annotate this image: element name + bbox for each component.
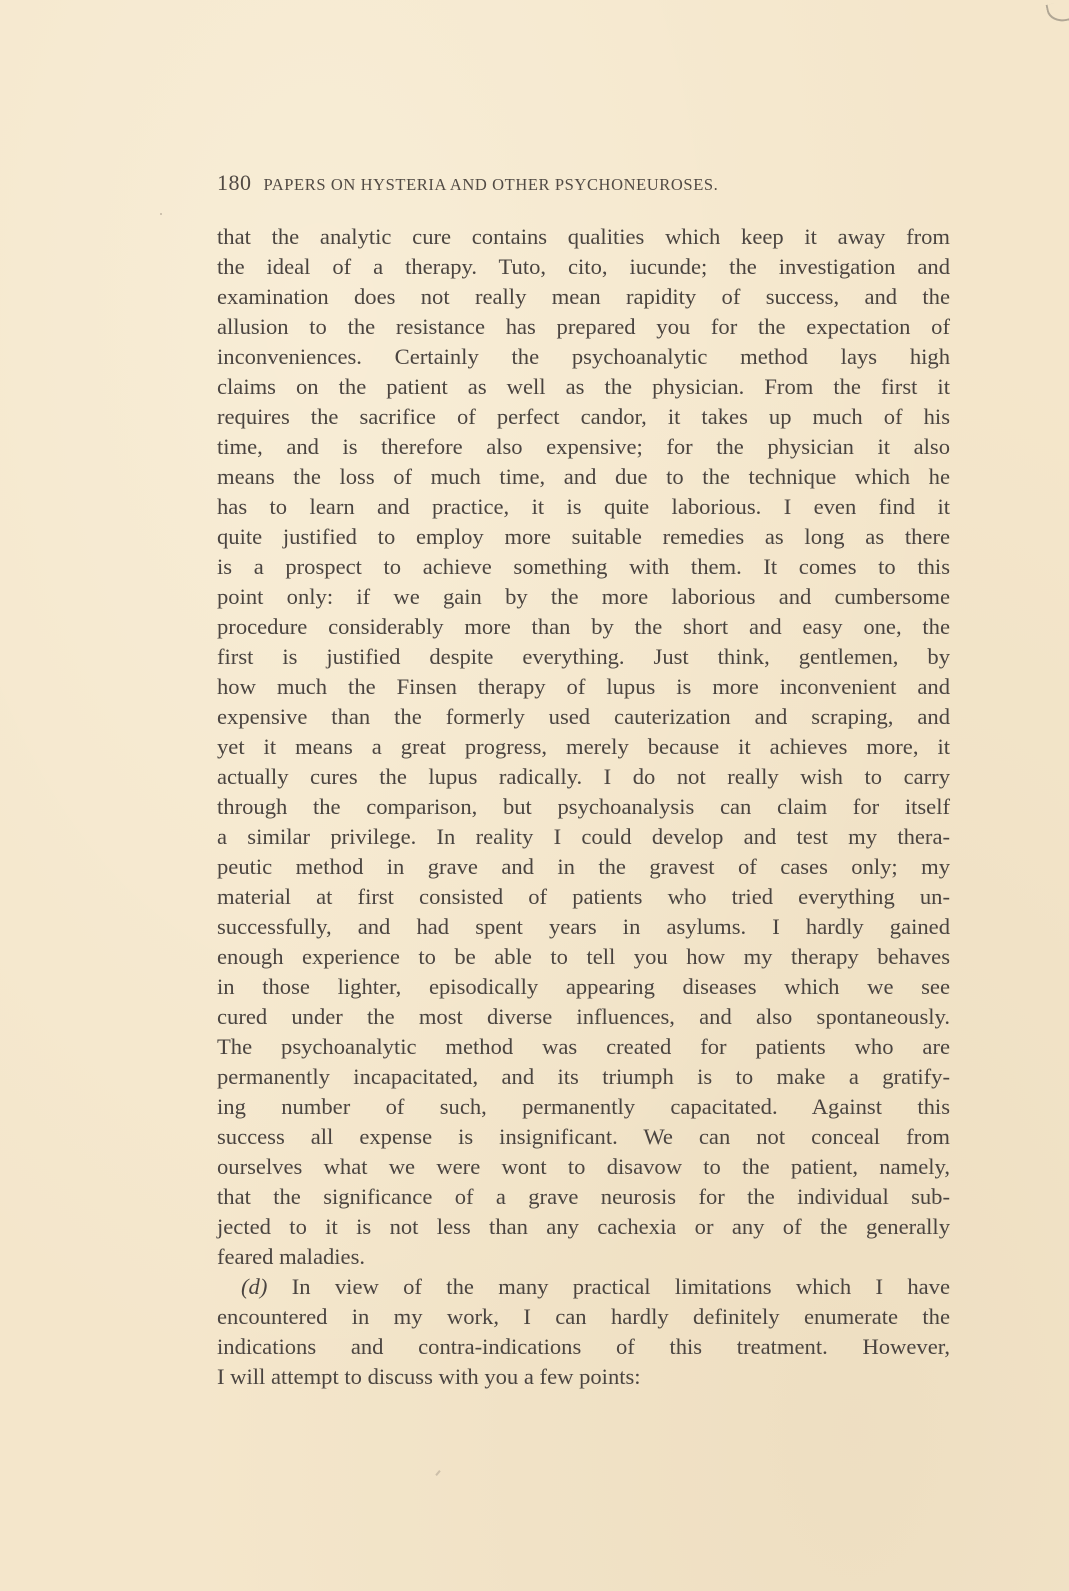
text-line: that the analytic cure contains qualitie… [217, 222, 950, 252]
text-line: claims on the patient as well as the phy… [217, 372, 950, 402]
text-line: material at first consisted of patients … [217, 882, 950, 912]
text-line: a similar privilege. In reality I could … [217, 822, 950, 852]
text-line: ourselves what we were wont to disavow t… [217, 1152, 950, 1182]
text-line: expensive than the formerly used cauteri… [217, 702, 950, 732]
text-line: cured under the most diverse influences,… [217, 1002, 950, 1032]
text-line: jected to it is not less than any cachex… [217, 1212, 950, 1242]
text-line: time, and is therefore also expensive; f… [217, 432, 950, 462]
text-line: I will attempt to discuss with you a few… [217, 1362, 950, 1392]
paper-speck [160, 213, 162, 215]
text-line: quite justified to employ more suitable … [217, 522, 950, 552]
paragraph-1: that the analytic cure contains qualitie… [217, 222, 950, 1272]
text-line: permanently incapacitated, and its trium… [217, 1062, 950, 1092]
text-line: success all expense is insignificant. We… [217, 1122, 950, 1152]
text-line: is a prospect to achieve something with … [217, 552, 950, 582]
book-page: 180 PAPERS ON HYSTERIA AND OTHER PSYCHON… [0, 0, 1069, 1591]
text-line: has to learn and practice, it is quite l… [217, 492, 950, 522]
running-head: 180 PAPERS ON HYSTERIA AND OTHER PSYCHON… [217, 170, 957, 196]
text-line: that the significance of a grave neurosi… [217, 1182, 950, 1212]
page-corner-fold-mark [1046, 0, 1069, 25]
text-line: peutic method in grave and in the graves… [217, 852, 950, 882]
text-line: means the loss of much time, and due to … [217, 462, 950, 492]
text-line: indications and contra-indications of th… [217, 1332, 950, 1362]
text-line: how much the Finsen therapy of lupus is … [217, 672, 950, 702]
text-line: point only: if we gain by the more labor… [217, 582, 950, 612]
text-line: in those lighter, episodically appearing… [217, 972, 950, 1002]
text-line: successfully, and had spent years in asy… [217, 912, 950, 942]
text-line: requires the sacrifice of perfect candor… [217, 402, 950, 432]
paper-speck [435, 1470, 440, 1476]
paragraph-label: (d) [241, 1274, 267, 1299]
text-line: (d) In view of the many practical limita… [217, 1272, 950, 1302]
text-line: procedure considerably more than by the … [217, 612, 950, 642]
text-line: the ideal of a therapy. Tuto, cito, iucu… [217, 252, 950, 282]
page-number: 180 [217, 170, 252, 195]
text-line: The psychoanalytic method was created fo… [217, 1032, 950, 1062]
paragraph-2: (d) In view of the many practical limita… [217, 1272, 950, 1392]
text-line: ing number of such, permanently capacita… [217, 1092, 950, 1122]
text-line: feared maladies. [217, 1242, 950, 1272]
text-line: through the comparison, but psychoanalys… [217, 792, 950, 822]
running-head-title: PAPERS ON HYSTERIA AND OTHER PSYCHONEURO… [264, 175, 719, 194]
text-line: enough experience to be able to tell you… [217, 942, 950, 972]
text-line: yet it means a great progress, merely be… [217, 732, 950, 762]
text-line: actually cures the lupus radically. I do… [217, 762, 950, 792]
text-line: examination does not really mean rapidit… [217, 282, 950, 312]
text-line: first is justified despite everything. J… [217, 642, 950, 672]
text-line: allusion to the resistance has prepared … [217, 312, 950, 342]
body-text: that the analytic cure contains qualitie… [217, 222, 950, 1392]
text-line: inconveniences. Certainly the psychoanal… [217, 342, 950, 372]
text-line: encountered in my work, I can hardly def… [217, 1302, 950, 1332]
